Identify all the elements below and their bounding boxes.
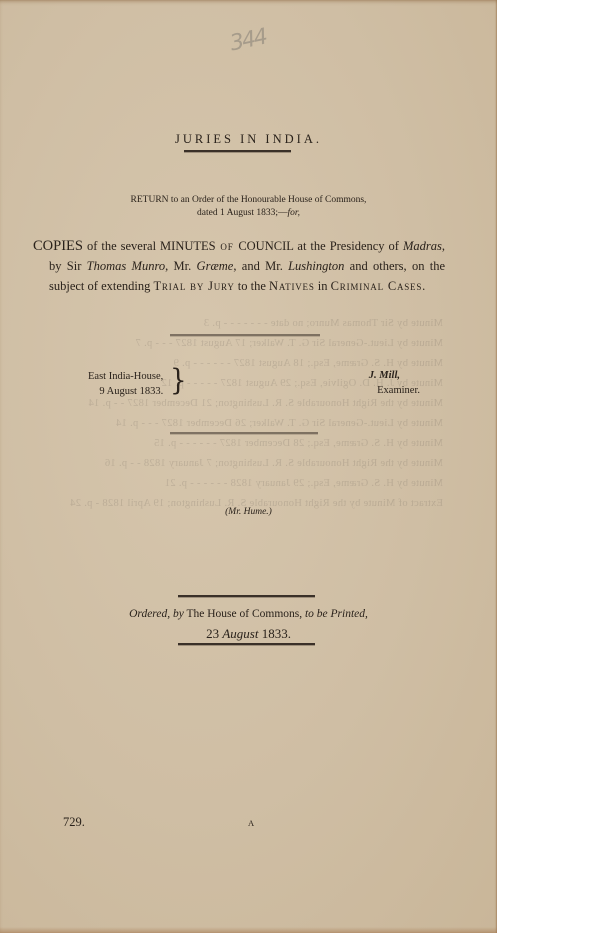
ordered-to-be-printed: Ordered, by The House of Commons, to be … [0,604,497,644]
copies-lead: COPIES [33,238,83,254]
copies-paragraph: COPIES of the several MINUTES of COUNCIL… [33,236,445,296]
return-order-line-1: RETURN to an Order of the Honourable Hou… [0,195,497,205]
scanned-page: 344 JURIES IN INDIA. Minute by Sir Thoma… [0,0,497,933]
ordered-by: Ordered, by [129,608,184,620]
title-rule [184,150,291,152]
date-day: 23 [206,626,222,641]
date-month: August [222,626,258,641]
page-edge-stain [0,927,497,933]
text-span: in [315,279,331,293]
text-span: Lushington [288,259,344,273]
page-number: 729. [63,815,85,830]
text-span: of [216,239,239,253]
ordered-rule-bottom [178,643,315,645]
text-span: MINUTES [160,239,216,253]
bleed-through-line: Minute by Lieut.-General Sir G. T. Walke… [48,418,443,429]
ordered-date: 23 August 1833. [0,624,497,644]
text-span: of the several [83,239,160,253]
bleed-through-rule-top [170,334,320,336]
document-title: JURIES IN INDIA. [0,132,497,147]
bleed-through-line: Minute by H. S. Græme, Esq.; 29 January … [48,478,443,489]
text-span: to the [235,279,269,293]
text-span: at the Presidency of [293,239,403,253]
signature-name: J. Mill, [320,368,420,383]
bleed-through-line: Minute by the Right Honourable S. R. Lus… [48,398,443,409]
signature-place-date: East India-House, 9 August 1833. [88,369,163,399]
signature-place: East India-House, [88,369,163,384]
bleed-through-line: Minute by Sir Thomas Munro; no date - - … [48,318,443,329]
pencil-annotation: 344 [228,25,268,57]
text-span: COUNCIL [238,239,293,253]
bleed-through-rule-bottom [170,432,318,434]
text-span: . [422,279,425,293]
text-span: Criminal Cases [331,279,423,293]
text-span: Natives [269,279,315,293]
bleed-through-line: Minute by Lieut.-General Sir G. T. Walke… [48,338,443,349]
house-of-commons: The House of Commons, [184,608,305,620]
to-be-printed: to be Printed, [305,608,368,620]
ordered-rule-top [178,595,315,597]
bleed-through-line: Minute by the Right Honourable S. R. Lus… [48,458,443,469]
signature-date: 9 August 1833. [88,384,163,399]
return-for: for, [288,208,300,218]
text-span: Græme [197,259,234,273]
mover-name: (Mr. Hume.) [0,507,497,517]
date-year: 1833. [258,626,291,641]
brace-icon: } [170,366,187,397]
return-date: dated 1 August 1833;— [197,208,288,218]
text-span: , and Mr. [233,259,288,273]
text-span: Trial by Jury [154,279,235,293]
bleed-through-line: Minute by H. S. Græme, Esq.; 28 December… [48,438,443,449]
text-span: , Mr. [165,259,196,273]
text-span: Thomas Munro [87,259,165,273]
signature-role: Examiner. [320,383,420,398]
return-order-line-2: dated 1 August 1833;—for, [0,208,497,218]
signature-mark: A [248,818,254,828]
signature-examiner: J. Mill, Examiner. [320,368,420,398]
text-span: Madras [403,239,442,253]
